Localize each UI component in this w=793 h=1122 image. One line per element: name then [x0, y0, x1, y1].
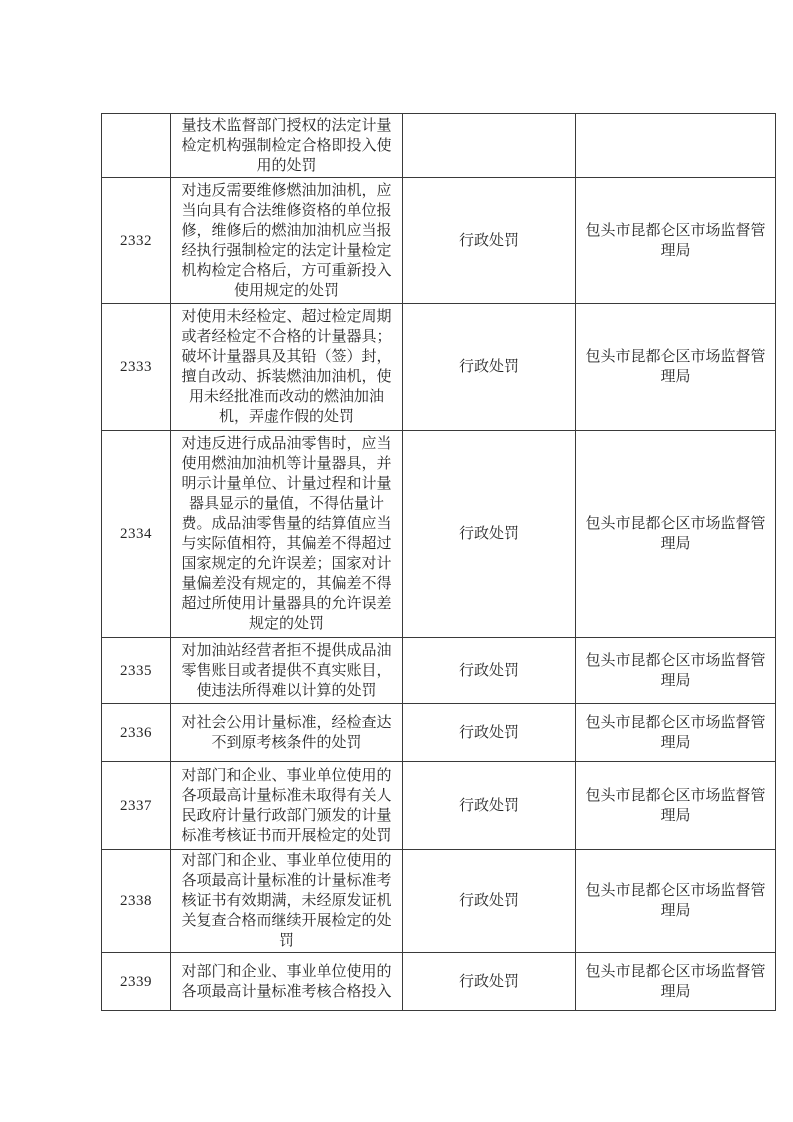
description-cell: 对部门和企业、事业单位使用的 各项最高计量标准的计量标准考 核证书有效期满，未经…	[171, 850, 403, 953]
authority-cell: 包头市昆都仑区市场监督管 理局	[576, 850, 776, 953]
authority-cell: 包头市昆都仑区市场监督管 理局	[576, 638, 776, 704]
description-cell: 对部门和企业、事业单位使用的 各项最高计量标准考核合格投入	[171, 953, 403, 1011]
table-row: 2335 对加油站经营者拒不提供成品油 零售账目或者提供不真实账目， 使违法所得…	[102, 638, 776, 704]
document-page: 量技术监督部门授权的法定计量 检定机构强制检定合格即投入使 用的处罚 2332 …	[0, 0, 793, 1122]
row-id-cell: 2339	[102, 953, 171, 1011]
penalty-type-cell: 行政处罚	[403, 304, 576, 431]
table-row: 2332 对违反需要维修燃油加油机，应 当向具有合法维修资格的单位报 修，维修后…	[102, 178, 776, 304]
row-id-cell: 2336	[102, 704, 171, 762]
table-row: 2336 对社会公用计量标准，经检查达 不到原考核条件的处罚 行政处罚 包头市昆…	[102, 704, 776, 762]
row-id-cell: 2332	[102, 178, 171, 304]
description-cell: 对违反需要维修燃油加油机，应 当向具有合法维修资格的单位报 修，维修后的燃油加油…	[171, 178, 403, 304]
table-row: 2333 对使用未经检定、超过检定周期 或者经检定不合格的计量器具； 破坏计量器…	[102, 304, 776, 431]
authority-cell: 包头市昆都仑区市场监督管 理局	[576, 178, 776, 304]
row-id-cell: 2338	[102, 850, 171, 953]
penalty-type-cell: 行政处罚	[403, 638, 576, 704]
description-cell: 对部门和企业、事业单位使用的 各项最高计量标准未取得有关人 民政府计量行政部门颁…	[171, 762, 403, 850]
description-cell: 对使用未经检定、超过检定周期 或者经检定不合格的计量器具； 破坏计量器具及其铅（…	[171, 304, 403, 431]
penalty-type-cell: 行政处罚	[403, 704, 576, 762]
authority-cell: 包头市昆都仑区市场监督管 理局	[576, 431, 776, 638]
table-row: 2339 对部门和企业、事业单位使用的 各项最高计量标准考核合格投入 行政处罚 …	[102, 953, 776, 1011]
penalty-type-cell: 行政处罚	[403, 762, 576, 850]
authority-cell: 包头市昆都仑区市场监督管 理局	[576, 762, 776, 850]
authority-cell: 包头市昆都仑区市场监督管 理局	[576, 704, 776, 762]
description-cell: 量技术监督部门授权的法定计量 检定机构强制检定合格即投入使 用的处罚	[171, 114, 403, 178]
row-id-cell	[102, 114, 171, 178]
table-row: 2338 对部门和企业、事业单位使用的 各项最高计量标准的计量标准考 核证书有效…	[102, 850, 776, 953]
table-row: 2337 对部门和企业、事业单位使用的 各项最高计量标准未取得有关人 民政府计量…	[102, 762, 776, 850]
description-cell: 对加油站经营者拒不提供成品油 零售账目或者提供不真实账目， 使违法所得难以计算的…	[171, 638, 403, 704]
penalty-type-cell: 行政处罚	[403, 431, 576, 638]
row-id-cell: 2334	[102, 431, 171, 638]
penalty-type-cell	[403, 114, 576, 178]
penalty-type-cell: 行政处罚	[403, 178, 576, 304]
row-id-cell: 2335	[102, 638, 171, 704]
penalty-type-cell: 行政处罚	[403, 953, 576, 1011]
description-cell: 对社会公用计量标准，经检查达 不到原考核条件的处罚	[171, 704, 403, 762]
table-row: 量技术监督部门授权的法定计量 检定机构强制检定合格即投入使 用的处罚	[102, 114, 776, 178]
row-id-cell: 2333	[102, 304, 171, 431]
row-id-cell: 2337	[102, 762, 171, 850]
authority-cell: 包头市昆都仑区市场监督管 理局	[576, 953, 776, 1011]
penalty-type-cell: 行政处罚	[403, 850, 576, 953]
table-row: 2334 对违反进行成品油零售时，应当 使用燃油加油机等计量器具，并 明示计量单…	[102, 431, 776, 638]
authority-cell: 包头市昆都仑区市场监督管 理局	[576, 304, 776, 431]
description-cell: 对违反进行成品油零售时，应当 使用燃油加油机等计量器具，并 明示计量单位、计量过…	[171, 431, 403, 638]
penalty-table: 量技术监督部门授权的法定计量 检定机构强制检定合格即投入使 用的处罚 2332 …	[101, 113, 776, 1011]
authority-cell	[576, 114, 776, 178]
